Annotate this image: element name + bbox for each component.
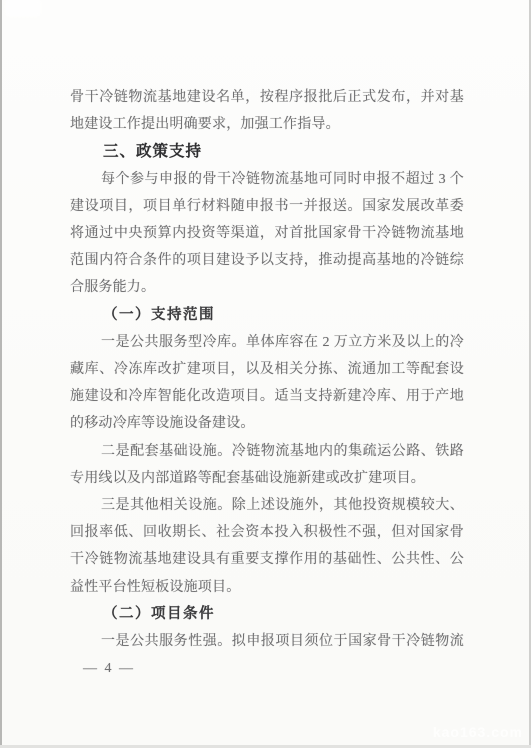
subsection-heading-support-scope: （一）支持范围 [70, 302, 464, 329]
text-line: 施建设和冷库智能化改造项目。适当支持新建冷库、用于产地 [70, 383, 464, 410]
text-line: 的移动冷库等设施设备建设。 [70, 410, 464, 437]
text-line: 干冷链物流基地建设具有重要支撑作用的基础性、公共性、公 [70, 546, 464, 573]
text-line: 地建设工作提出明确要求，加强工作指导。 [70, 111, 464, 138]
document-page: 骨干冷链物流基地建设名单，按程序报批后正式发布，并对基 地建设工作提出明确要求，… [0, 0, 531, 748]
text-line: 建设项目，项目单行材料随申报书一并报送。国家发展改革委 [70, 193, 464, 220]
text-line: 范围内符合条件的项目建设予以支持，推动提高基地的冷链综 [70, 247, 464, 274]
text-line: 二是配套基础设施。冷链物流基地内的集疏运公路、铁路 [70, 438, 464, 465]
section-heading-policy-support: 三、政策支持 [70, 138, 464, 165]
watermark: kao163.com [433, 724, 523, 740]
text-line: 每个参与申报的骨干冷链物流基地可同时申报不超过 3 个 [70, 166, 464, 193]
text-line: 益性平台性短板设施项目。 [70, 574, 464, 601]
text-line: 一是公共服务型冷库。单体库容在 2 万立方米及以上的冷 [70, 329, 464, 356]
text-line: 一是公共服务性强。拟申报项目须位于国家骨干冷链物流 [70, 628, 464, 655]
page-edge-left [0, 0, 2, 748]
text-line: 回报率低、回收期长、社会资本投入积极性不强，但对国家骨 [70, 519, 464, 546]
text-line: 骨干冷链物流基地建设名单，按程序报批后正式发布，并对基 [70, 84, 464, 111]
page-number: — 4 — [70, 655, 464, 682]
text-line: 将通过中央预算内投资等渠道，对首批国家骨干冷链物流基地 [70, 220, 464, 247]
scan-artifact [6, 0, 40, 16]
subsection-heading-project-conditions: （二）项目条件 [70, 601, 464, 628]
document-body: 骨干冷链物流基地建设名单，按程序报批后正式发布，并对基 地建设工作提出明确要求，… [70, 84, 464, 682]
text-line: 合服务能力。 [70, 274, 464, 301]
text-line: 三是其他相关设施。除上述设施外，其他投资规模较大、 [70, 492, 464, 519]
text-line: 专用线以及内部道路等配套基础设施新建或改扩建项目。 [70, 465, 464, 492]
text-line: 藏库、冷冻库改扩建项目，以及相关分拣、流通加工等配套设 [70, 356, 464, 383]
